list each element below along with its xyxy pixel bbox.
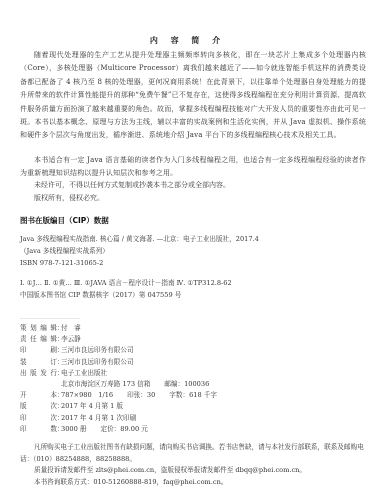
cip-isbn: ISBN 978-7-121-31065-2 <box>20 257 360 269</box>
value: 3000 册 <box>61 424 86 435</box>
imprint-printer: 印 刷： 三河市良远印务有限公司 <box>20 345 360 356</box>
label: 印 数 <box>20 424 57 435</box>
footer-replacement-notice: 凡所购买电子工业出版社图书有缺损问题，请向购买书店调换。若书店售缺，请与本社发行… <box>20 442 366 465</box>
imprint-responsible-editor: 责任编辑： 李云静 <box>20 334 360 345</box>
cip-series-line: （Java 多线程编程实战系列） <box>20 245 360 257</box>
price-label: 定价 <box>100 424 113 435</box>
footer-inquiry-contact: 本书咨询联系方式：010-51260888-819，faq@phei.com.c… <box>20 477 366 489</box>
imprint-impression: 印 次： 2017 年 4 月第 1 次印刷 <box>20 413 360 424</box>
label: 策划编辑 <box>20 323 57 334</box>
sheets-value: 30 <box>147 390 155 401</box>
words-label: 字数 <box>169 390 182 401</box>
cip-record: 中国版本图书馆 CIP 数据核字（2017）第 047559 号 <box>20 289 360 301</box>
postcode-label: 邮编 <box>164 379 177 390</box>
cip-classification: Ⅰ. ①J… Ⅱ. ①黄… Ⅲ. ①JAVA 语言－程序设计－指南 Ⅳ. ①TP… <box>20 277 360 289</box>
label: 印 刷 <box>20 345 57 356</box>
imprint-edition: 版 次： 2017 年 4 月第 1 版 <box>20 401 360 412</box>
value: 付 睿 <box>61 323 81 334</box>
label: 装 订 <box>20 357 57 368</box>
label: 印 次 <box>20 413 57 424</box>
audience-paragraph: 本书适合有一定 Java 语言基础的读者作为入门多线程编程之用，也适合有一定多线… <box>20 154 366 181</box>
value: 电子工业出版社 <box>61 368 107 379</box>
imprint-planning-editor: 策划编辑： 付 睿 <box>20 323 360 334</box>
address: 北京市海淀区万寿路 173 信箱 <box>61 379 150 390</box>
price-value: 89.00 元 <box>120 424 148 435</box>
imprint-print-run: 印 数： 3000 册 定价： 89.00 元 <box>20 424 360 435</box>
separator-line <box>20 318 80 319</box>
sheets-label: 印张 <box>127 390 140 401</box>
section-title: 内 容 简 介 <box>0 35 375 46</box>
imprint-info: 策划编辑： 付 睿 责任编辑： 李云静 印 刷： 三河市良远印务有限公司 装 订… <box>20 323 360 435</box>
cip-title-line: Java 多线程编程实战指南. 核心篇 / 黄文海著. —北京：电子工业出版社，… <box>20 233 360 245</box>
value: 三河市良远印务有限公司 <box>61 357 134 368</box>
copyright-notice: 未经许可，不得以任何方式复制或抄袭本书之部分或全部内容。 版权所有，侵权必究。 <box>34 179 230 205</box>
intro-section: 随着现代处理器的生产工艺从提升处理器主频频率转向多核化，即在一块芯片上集成多个处… <box>20 49 366 143</box>
imprint-publisher: 出版发行： 电子工业出版社 <box>20 368 360 379</box>
cip-heading: 图书在版编目（CIP）数据 <box>20 215 109 226</box>
notice-line-2: 版权所有，侵权必究。 <box>34 192 230 205</box>
value: 2017 年 4 月第 1 次印刷 <box>61 413 136 424</box>
value: 787×980 1/16 <box>61 390 113 401</box>
label: 版 次 <box>20 401 57 412</box>
footer-complaint-email: 质量投诉请发邮件至 zlts@phei.com.cn，盗版侵权举报请发邮件至 d… <box>20 465 366 477</box>
cip-data: Java 多线程编程实战指南. 核心篇 / 黄文海著. —北京：电子工业出版社，… <box>20 233 360 301</box>
audience-section: 本书适合有一定 Java 语言基础的读者作为入门多线程编程之用，也适合有一定多线… <box>20 154 366 181</box>
notice-line-1: 未经许可，不得以任何方式复制或抄袭本书之部分或全部内容。 <box>34 179 230 192</box>
imprint-address: 北京市海淀区万寿路 173 信箱 邮编： 100036 <box>20 379 360 390</box>
imprint-format: 开 本： 787×980 1/16 印张： 30 字数： 618 千字 <box>20 390 360 401</box>
copyright-page: 内 容 简 介 随着现代处理器的生产工艺从提升处理器主频频率转向多核化，即在一块… <box>0 0 375 504</box>
label: 开 本 <box>20 390 57 401</box>
value: 三河市良远印务有限公司 <box>61 345 134 356</box>
value: 李云静 <box>61 334 81 345</box>
imprint-binder: 装 订： 三河市良远印务有限公司 <box>20 357 360 368</box>
label: 出版发行 <box>20 368 57 379</box>
value: 2017 年 4 月第 1 版 <box>61 401 123 412</box>
intro-paragraph: 随着现代处理器的生产工艺从提升处理器主频频率转向多核化，即在一块芯片上集成多个处… <box>20 49 366 143</box>
postcode-value: 100036 <box>184 379 209 390</box>
words-value: 618 千字 <box>189 390 217 401</box>
footer-contact: 凡所购买电子工业出版社图书有缺损问题，请向购买书店调换。若书店售缺，请与本社发行… <box>20 442 366 488</box>
label: 责任编辑 <box>20 334 57 345</box>
